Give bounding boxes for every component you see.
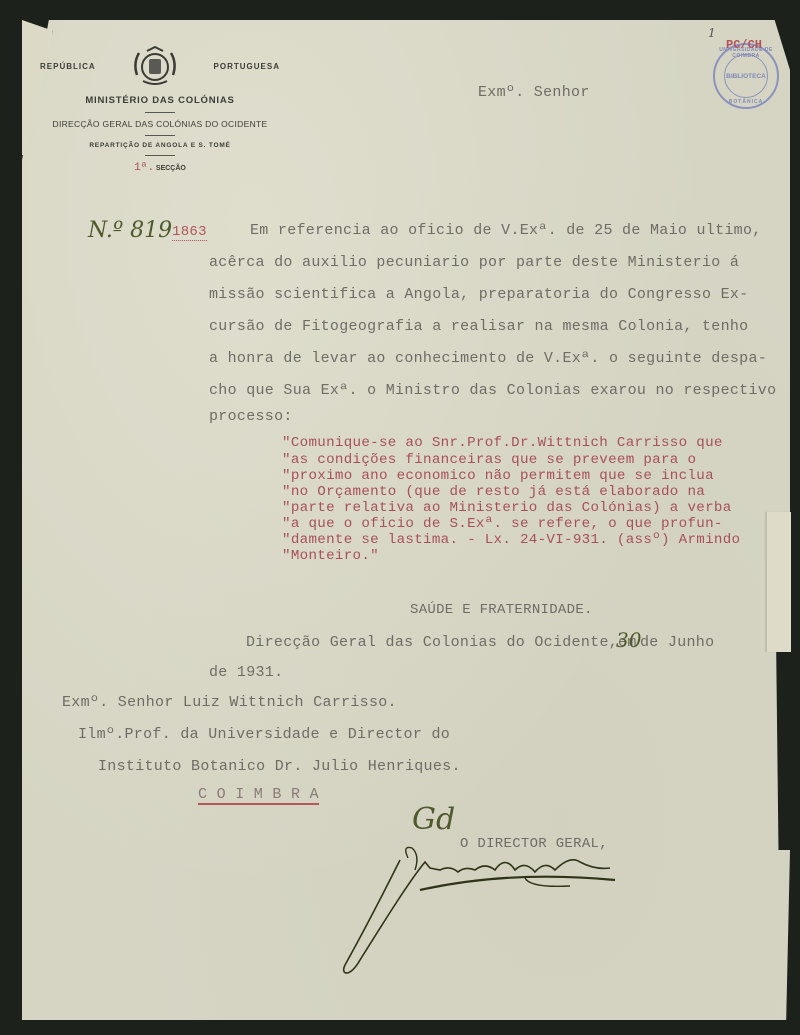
- salutation: Exmº. Senhor: [478, 84, 590, 101]
- body-line: Em referencia ao oficio de V.Exª. de 25 …: [250, 222, 762, 239]
- stamp-center-text: BIBLIOTECA: [726, 73, 766, 80]
- body-line: missão scientifica a Angola, preparatori…: [209, 286, 748, 303]
- section-label: 1ª. SECÇÃO: [30, 162, 290, 174]
- letterhead-portuguesa: PORTUGUESA: [214, 62, 280, 71]
- letterhead-republica: REPÚBLICA: [40, 62, 96, 71]
- body-line: cho que Sua Exª. o Ministro das Colonias…: [209, 382, 776, 399]
- dispatch-line: "as condições financeiras que se preveem…: [282, 453, 696, 469]
- section-word: SECÇÃO: [156, 165, 186, 172]
- addressee-institution: Instituto Botanico Dr. Julio Henriques.: [98, 758, 461, 775]
- handwritten-reference-number: N.º 819: [88, 218, 172, 243]
- place-date-prefix: Direcção Geral das Colonias do Ocidente,…: [246, 634, 637, 651]
- dispatch-line: "damente se lastima. - Lx. 24-VI-931. (a…: [282, 533, 740, 549]
- directorate-name: DIRECÇÃO GERAL DAS COLÓNIAS DO OCIDENTE: [30, 119, 290, 129]
- dispatch-line: "no Orçamento (que de resto já está elab…: [282, 485, 705, 501]
- section-number: 1ª.: [134, 162, 154, 174]
- stamp-bottom-text: BOTÂNICA: [715, 99, 777, 105]
- place-date-suffix: de Junho: [640, 634, 714, 651]
- director-signature: [330, 800, 630, 980]
- dispatch-line: "a que o oficio de S.Exª. se refere, o q…: [282, 517, 723, 533]
- handwritten-day: 30: [616, 628, 641, 652]
- addressee-name: Exmº. Senhor Luiz Wittnich Carrisso.: [62, 694, 397, 711]
- divider: [145, 135, 175, 136]
- pencil-folio-number: 1: [708, 26, 716, 40]
- dispatch-line: "Comunique-se ao Snr.Prof.Dr.Wittnich Ca…: [282, 436, 723, 452]
- divider: [145, 112, 175, 113]
- closing-formula: SAÚDE E FRATERNIDADE.: [410, 602, 593, 618]
- registry-number: 1863: [172, 224, 207, 241]
- dispatch-line: "Monteiro.": [282, 549, 379, 565]
- dispatch-line: "proximo ano economico não permitem que …: [282, 469, 714, 485]
- place-date-year: de 1931.: [209, 664, 283, 681]
- body-line: acêrca do auxilio pecuniario por parte d…: [209, 254, 739, 271]
- department-name: REPARTIÇÃO DE ANGOLA E S. TOMÉ: [30, 142, 290, 149]
- body-line: a honra de levar ao conhecimento de V.Ex…: [209, 350, 767, 367]
- divider: [145, 155, 175, 156]
- body-line: processo:: [209, 408, 293, 425]
- letterhead: REPÚBLICA PORTUGUESA MINISTÉRIO DAS COLÓ…: [30, 45, 290, 174]
- addressee-title: Ilmº.Prof. da Universidade e Director do: [78, 726, 450, 743]
- shelf-code: PC/CH: [726, 38, 762, 52]
- addressee-city: C O I M B R A: [198, 786, 319, 805]
- paper-tab: [766, 512, 791, 652]
- body-line: cursão de Fitogeografia a realisar na me…: [209, 318, 748, 335]
- dispatch-line: "parte relativa ao Ministerio das Colóni…: [282, 501, 732, 517]
- coat-of-arms-icon: [129, 45, 181, 87]
- ministry-name: MINISTÉRIO DAS COLÓNIAS: [30, 95, 290, 106]
- library-stamp: UNIVERSIDADE DE COIMBRA BIBLIOTECA BOTÂN…: [713, 43, 779, 109]
